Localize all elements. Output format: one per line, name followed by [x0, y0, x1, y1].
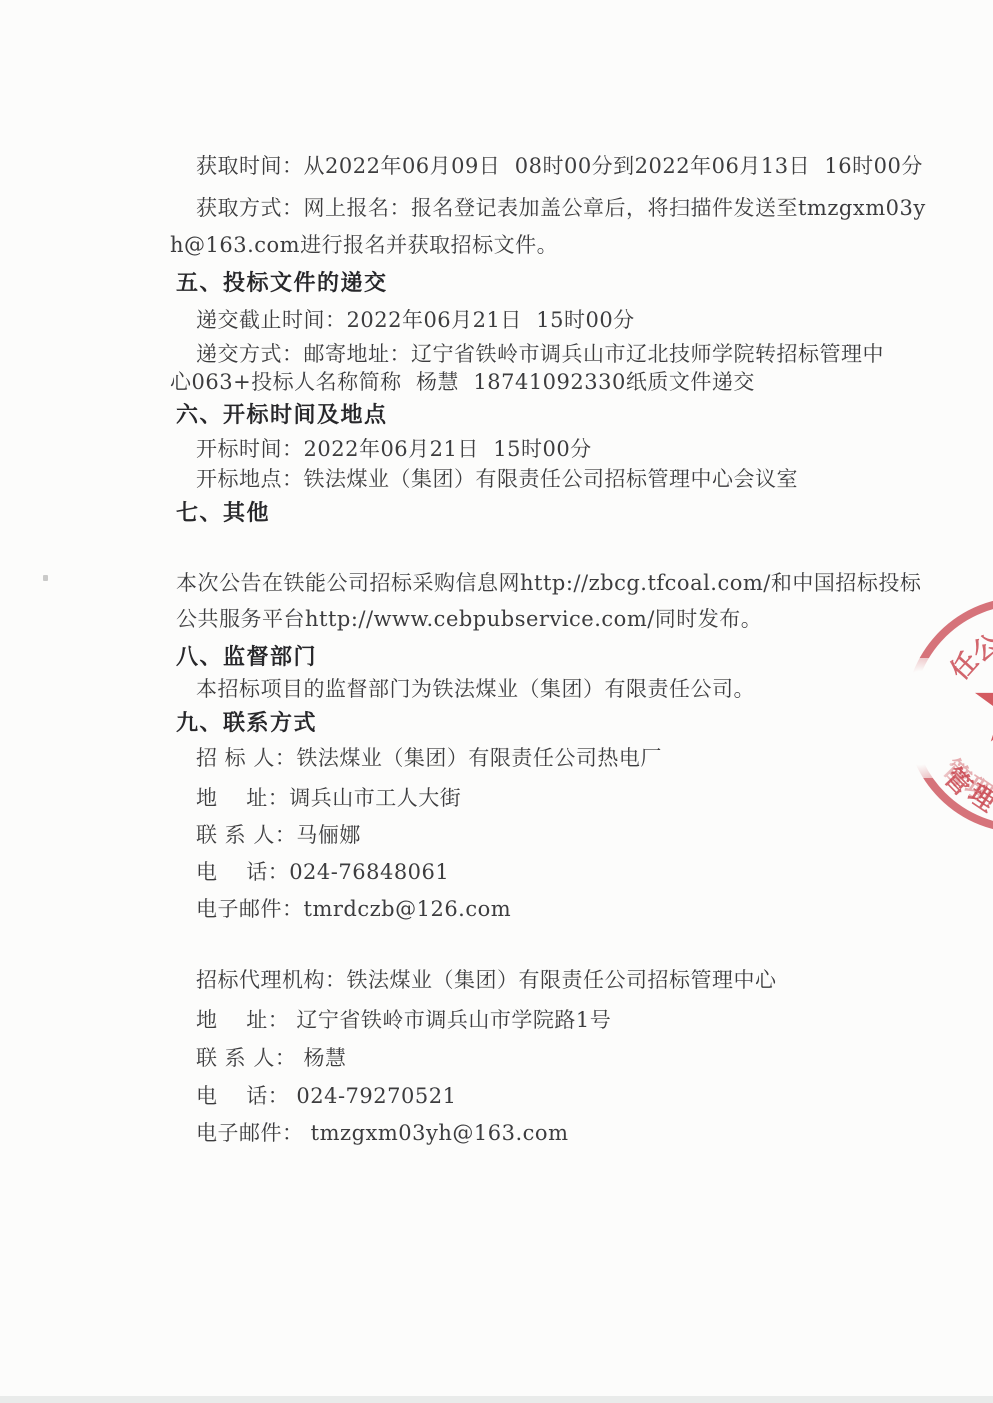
- obtain-method-line1: 获取方式：网上报名：报名登记表加盖公章后，将扫描件发送至tmzgxm03y: [196, 195, 926, 221]
- section7-heading: 七、其他: [176, 500, 270, 526]
- tenderer-name-line: 招 标 人：铁法煤业（集团）有限责任公司热电厂: [196, 745, 662, 771]
- agency-address-line: 地 址： 辽宁省铁岭市调兵山市学院路1号: [196, 1007, 611, 1033]
- star-icon: ★: [968, 642, 993, 767]
- agency-name-line: 招标代理机构：铁法煤业（集团）有限责任公司招标管理中心: [196, 967, 777, 993]
- submit-method-line2: 心063+投标人名称简称 杨慧 18741092330纸质文件递交: [170, 369, 755, 395]
- publish-line1: 本次公告在铁能公司招标采购信息网http://zbcg.tfcoal.com/和…: [176, 570, 921, 596]
- obtain-time-line: 获取时间：从2022年06月09日 08时00分到2022年06月13日 16时…: [196, 153, 923, 179]
- tenderer-contact-line: 联 系 人：马俪娜: [196, 822, 361, 848]
- supervision-line: 本招标项目的监督部门为铁法煤业（集团）有限责任公司。: [196, 676, 755, 702]
- obtain-method-line2: h@163.com进行报名并获取招标文件。: [170, 232, 558, 258]
- tenderer-address-line: 地 址：调兵山市工人大街: [196, 785, 461, 811]
- scan-bottom-edge: [0, 1396, 993, 1403]
- opening-place-line: 开标地点：铁法煤业（集团）有限责任公司招标管理中心会议室: [196, 466, 798, 492]
- section8-heading: 八、监督部门: [176, 644, 317, 670]
- scanned-tender-notice-page: 获取时间：从2022年06月09日 08时00分到2022年06月13日 16时…: [0, 0, 993, 1403]
- company-seal-stamp: 任 公 司 ★ 管 理: [880, 580, 993, 880]
- tenderer-phone-line: 电 话：024-76848061: [196, 859, 449, 885]
- submit-method-line1: 递交方式：邮寄地址：辽宁省铁岭市调兵山市辽北技师学院转招标管理中: [196, 341, 884, 367]
- agency-email-line: 电子邮件： tmzgxm03yh@163.com: [196, 1120, 568, 1146]
- publish-line2: 公共服务平台http://www.cebpubservice.com/同时发布。: [176, 606, 762, 632]
- seal-ink-fade: [888, 658, 952, 778]
- scan-speck: [43, 575, 48, 581]
- section5-heading: 五、投标文件的递交: [176, 270, 388, 296]
- tenderer-email-line: 电子邮件：tmrdczb@126.com: [196, 896, 511, 922]
- submit-deadline-line: 递交截止时间：2022年06月21日 15时00分: [196, 307, 635, 333]
- agency-phone-line: 电 话： 024-79270521: [196, 1083, 456, 1109]
- opening-time-line: 开标时间：2022年06月21日 15时00分: [196, 436, 592, 462]
- section9-heading: 九、联系方式: [176, 710, 317, 736]
- section6-heading: 六、开标时间及地点: [176, 402, 388, 428]
- agency-contact-line: 联 系 人： 杨慧: [196, 1045, 347, 1071]
